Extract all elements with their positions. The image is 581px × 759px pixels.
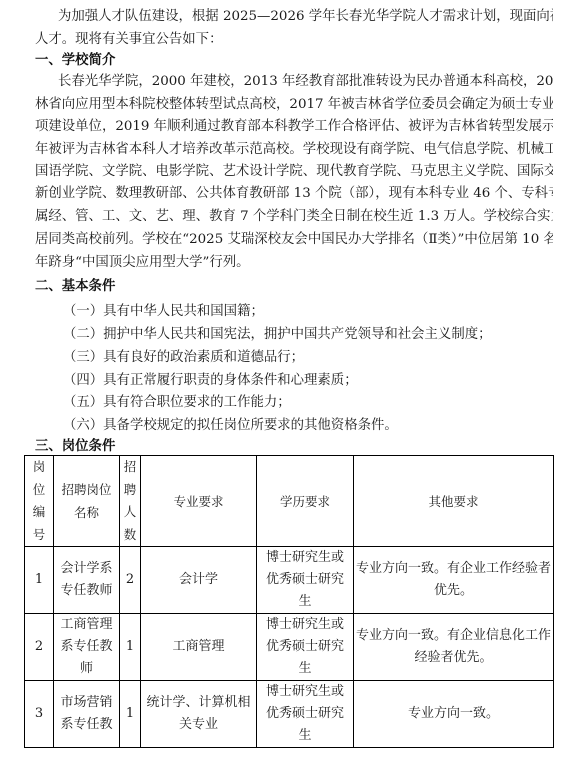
- school-intro-line: 居同类高校前列。学校在“2025 艾瑞深校友会中国民办大学排名（Ⅱ类）”中位居第…: [35, 229, 553, 251]
- cell-major: 会计学: [141, 547, 257, 614]
- school-intro-line: 项建设单位，2019 年顺利通过教育部本科教学工作合格评估、被评为吉林省转型发展…: [35, 116, 553, 138]
- cell-education: 博士研究生或优秀硕士研究生: [257, 547, 354, 614]
- cell-position: 会计学系专任教师: [54, 547, 120, 614]
- table-row: 2 工商管理系专任教师 1 工商管理 博士研究生或优秀硕士研究生 专业方向一致。…: [25, 614, 554, 681]
- header-education-requirement: 学历要求: [257, 456, 354, 547]
- condition-item: （六）具备学校规定的拟任岗位所要求的其他资格条件。: [63, 415, 398, 437]
- header-position-name: 招聘岗位名称: [54, 456, 120, 547]
- condition-item: （四）具有正常履行职责的身体条件和心理素质；: [63, 370, 358, 392]
- school-intro-line: 国语学院、文学院、电影学院、艺术设计学院、现代教育学院、马克思主义学院、国际交流…: [35, 161, 553, 183]
- section-heading-basic-conditions: 二、基本条件: [35, 276, 115, 298]
- cell-other: 专业方向一致。: [354, 681, 554, 748]
- school-intro-line: 属经、管、工、文、艺、理、教育 7 个学科门类全日制在校生近 1.3 万人。学校…: [35, 206, 553, 228]
- cell-education: 博士研究生或优秀硕士研究生: [257, 614, 354, 681]
- cell-position: 工商管理系专任教师: [54, 614, 120, 681]
- intro-line-2: 人才。现将有关事宜公告如下：: [35, 29, 553, 51]
- cell-major: 工商管理: [141, 614, 257, 681]
- header-position-id: 岗位编号: [25, 456, 54, 547]
- header-other-requirement: 其他要求: [354, 456, 554, 547]
- cell-other: 专业方向一致。有企业工作经验者优先。: [354, 547, 554, 614]
- condition-item: （三）具有良好的政治素质和道德品行；: [63, 347, 304, 369]
- intro-line-1: 为加强人才队伍建设，根据 2025—2026 学年长春光华学院人才需求计划，现面…: [58, 6, 553, 28]
- condition-item: （二）拥护中华人民共和国宪法，拥护中国共产党领导和社会主义制度；: [63, 324, 492, 346]
- positions-table: 岗位编号 招聘岗位名称 招聘人数 专业要求 学历要求 其他要求 1 会计学系专任…: [24, 455, 554, 748]
- cell-count: 2: [120, 547, 141, 614]
- header-headcount: 招聘人数: [120, 456, 141, 547]
- cell-id: 3: [25, 681, 54, 748]
- cell-count: 1: [120, 681, 141, 748]
- cell-major: 统计学、计算机相关专业: [141, 681, 257, 748]
- table-row: 1 会计学系专任教师 2 会计学 博士研究生或优秀硕士研究生 专业方向一致。有企…: [25, 547, 554, 614]
- table-header-row: 岗位编号 招聘岗位名称 招聘人数 专业要求 学历要求 其他要求: [25, 456, 554, 547]
- cell-other: 专业方向一致。有企业信息化工作经验者优先。: [354, 614, 554, 681]
- cell-id: 2: [25, 614, 54, 681]
- school-intro-line: 长春光华学院，2000 年建校，2013 年经教育部批准转设为民办普通本科高校，…: [58, 71, 553, 93]
- cell-position: 市场营销系专任教: [54, 681, 120, 748]
- section-heading-school-intro: 一、学校简介: [35, 50, 115, 72]
- condition-item: （五）具有符合职位要求的工作能力；: [63, 392, 291, 414]
- school-intro-line: 年被评为吉林省本科人才培养改革示范高校。学校现设有商学院、电气信息学院、机械工程…: [35, 139, 553, 161]
- school-intro-line: 新创业学院、数理教研部、公共体育教研部 13 个院（部），现有本科专业 46 个…: [35, 183, 553, 205]
- condition-item: （一）具有中华人民共和国国籍；: [63, 301, 264, 323]
- cell-id: 1: [25, 547, 54, 614]
- school-intro-line: 年跻身“中国顶尖应用型大学”行列。: [35, 252, 553, 274]
- cell-education: 博士研究生或优秀硕士研究生: [257, 681, 354, 748]
- header-major-requirement: 专业要求: [141, 456, 257, 547]
- table-row: 3 市场营销系专任教 1 统计学、计算机相关专业 博士研究生或优秀硕士研究生 专…: [25, 681, 554, 748]
- cell-count: 1: [120, 614, 141, 681]
- school-intro-line: 林省向应用型本科院校整体转型试点高校，2017 年被吉林省学位委员会确定为硕士专…: [35, 94, 553, 116]
